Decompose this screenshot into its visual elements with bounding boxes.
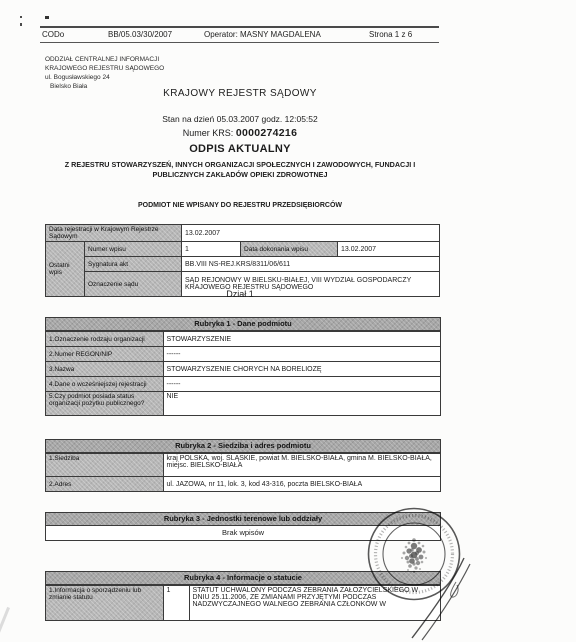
doc-reference: BB/05.03/30/2007 [108, 30, 204, 39]
row-label: 1.Oznaczenie rodzaju organizacji [46, 332, 163, 347]
office-line: ul. Bogusławskiego 24 [45, 73, 164, 82]
rubryka1-header: Rubryka 1 - Dane podmiotu [46, 318, 440, 331]
scanned-krs-document: CODo BB/05.03/30/2007 Operator: MASNY MA… [0, 0, 576, 642]
reg-date-label: Data rejestracji w Krajowym Rejestrze Są… [46, 225, 182, 242]
doc-code: CODo [40, 30, 108, 39]
not-entrepreneur-notice: PODMIOT NIE WPISANY DO REJESTRU PRZEDSIĘ… [40, 202, 440, 209]
office-line: KRAJOWEGO REJESTRU SĄDOWEGO [45, 64, 164, 73]
extract-title: ODPIS AKTUALNY [40, 143, 440, 155]
row-value: STOWARZYSZENIE CHORYCH NA BORELIOZĘ [163, 362, 440, 377]
scan-speck [20, 16, 22, 18]
row-value: ------ [163, 347, 440, 362]
rubryka2-header: Rubryka 2 - Siedziba i adres podmiotu [46, 440, 440, 453]
office-line: ODDZIAŁ CENTRALNEJ INFORMACJI [45, 55, 164, 64]
table-row: 1.Oznaczenie rodzaju organizacji STOWARZ… [46, 332, 440, 347]
row-label: 1.Siedziba [46, 454, 163, 477]
operator-name: Operator: MASNY MAGDALENA [204, 30, 369, 39]
table-row: Sygnatura akt BB.VIII NS-REJ.KRS/8311/06… [46, 257, 440, 272]
scan-speck [20, 23, 22, 26]
table-row: 4.Dane o wcześniejszej rejestracji -----… [46, 377, 440, 392]
case-signature-value: BB.VIII NS-REJ.KRS/8311/06/611 [182, 257, 440, 272]
scan-speck [45, 16, 49, 19]
table-row: 2.Adres ul. JAZOWA, nr 11, lok. 3, kod 4… [46, 477, 440, 492]
row-number: 1 [163, 586, 189, 621]
row-value: NIE [163, 392, 440, 416]
rubryka1-table: 1.Oznaczenie rodzaju organizacji STOWARZ… [46, 331, 440, 415]
header-rule-bottom [40, 42, 439, 43]
extract-subtitle-line2: PUBLICZNYCH ZAKŁADÓW OPIEKI ZDROWOTNEJ [40, 170, 440, 179]
office-address-block: ODDZIAŁ CENTRALNEJ INFORMACJI KRAJOWEGO … [45, 55, 164, 91]
krs-label: Numer KRS: [183, 128, 234, 138]
row-value: ------ [163, 377, 440, 392]
row-value: ul. JAZOWA, nr 11, lok. 3, kod 43-316, p… [163, 477, 440, 492]
dzial1-heading: Dział 1 [40, 289, 440, 299]
case-signature-label: Sygnatura akt [85, 257, 182, 272]
row-label: 4.Dane o wcześniejszej rejestracji [46, 377, 163, 392]
page-number: Strona 1 z 6 [369, 30, 439, 39]
rubryka1-section: Rubryka 1 - Dane podmiotu 1.Oznaczenie r… [45, 317, 441, 416]
extract-subtitle-line1: Z REJESTRU STOWARZYSZEŃ, INNYCH ORGANIZA… [40, 160, 440, 169]
entry-number-label: Numer wpisu [85, 242, 182, 257]
state-line: Stan na dzień 05.03.2007 godz. 12:05:52 [40, 114, 440, 124]
entry-number-value: 1 [182, 242, 241, 257]
table-row: 1.Siedziba kraj POLSKA, woj. ŚLĄSKIE, po… [46, 454, 440, 477]
handwritten-signature [398, 552, 474, 642]
rubryka2-table: 1.Siedziba kraj POLSKA, woj. ŚLĄSKIE, po… [46, 453, 440, 491]
table-row: 2.Numer REGON/NIP ------ [46, 347, 440, 362]
krs-number: 0000274216 [236, 127, 297, 139]
entry-date-value: 13.02.2007 [338, 242, 440, 257]
registry-title: KRAJOWY REJESTR SĄDOWY [40, 88, 440, 99]
row-label: 2.Adres [46, 477, 163, 492]
table-row: Data rejestracji w Krajowym Rejestrze Są… [46, 225, 440, 242]
table-row: Ostatni wpis Numer wpisu 1 Data dokonani… [46, 242, 440, 257]
row-value: kraj POLSKA, woj. ŚLĄSKIE, powiat M. BIE… [163, 454, 440, 477]
header-rule-top [40, 26, 439, 28]
reg-date-value: 13.02.2007 [182, 225, 440, 242]
table-row: 3.Nazwa STOWARZYSZENIE CHORYCH NA BORELI… [46, 362, 440, 377]
row-label: 2.Numer REGON/NIP [46, 347, 163, 362]
table-row: 5.Czy podmiot posiada status organizacji… [46, 392, 440, 416]
krs-line: Numer KRS: 0000274216 [40, 127, 440, 139]
document-header-row: CODo BB/05.03/30/2007 Operator: MASNY MA… [40, 30, 439, 39]
scan-edge-mark [0, 607, 10, 642]
row-label: 3.Nazwa [46, 362, 163, 377]
row-label: 1.Informacja o sporządzeniu lub zmianie … [46, 586, 163, 621]
registration-table: Data rejestracji w Krajowym Rejestrze Są… [45, 224, 440, 297]
row-value: STOWARZYSZENIE [163, 332, 440, 347]
row-label: 5.Czy podmiot posiada status organizacji… [46, 392, 163, 416]
entry-date-label: Data dokonania wpisu [241, 242, 338, 257]
rubryka2-section: Rubryka 2 - Siedziba i adres podmiotu 1.… [45, 439, 441, 492]
